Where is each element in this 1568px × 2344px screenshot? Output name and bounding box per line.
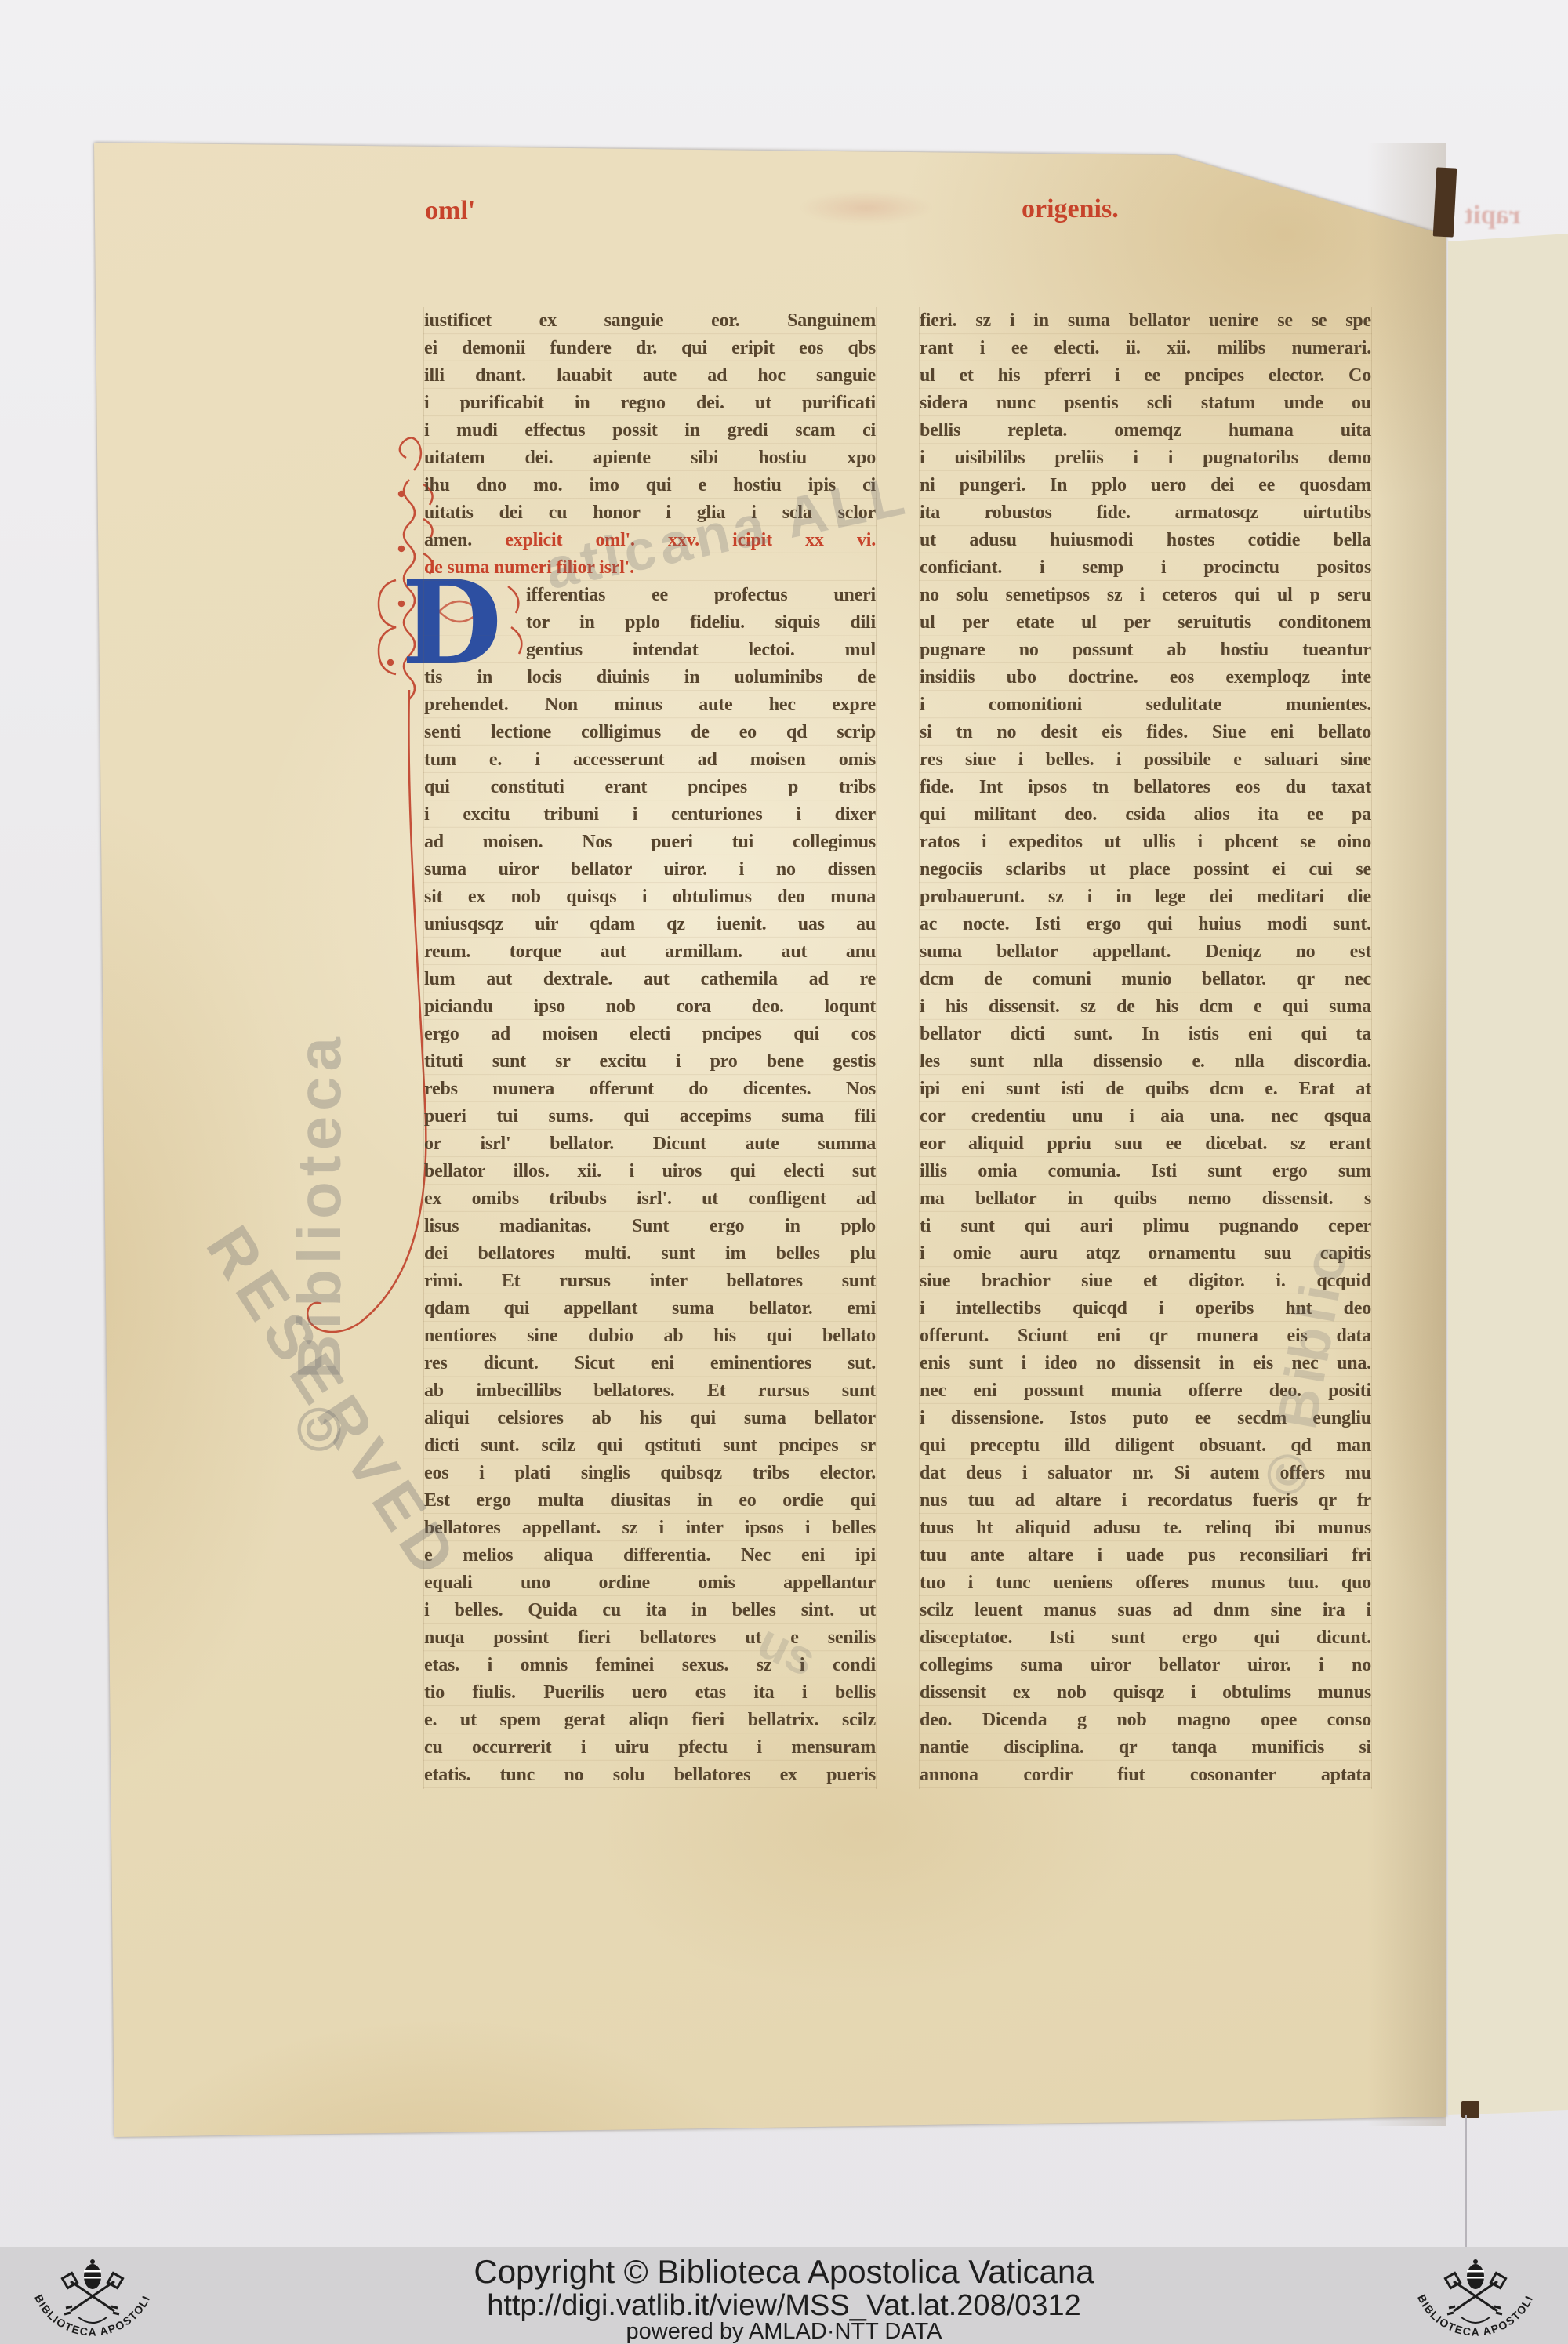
text-line: ul per etate ul per seruitutis conditone…	[920, 609, 1371, 637]
text-line: cu occurrerit i uiru pfectu i mensuram	[424, 1734, 876, 1762]
powered-by-line: powered by AMLAD·NTT DATA	[0, 2319, 1568, 2344]
text-line: dicti sunt. scilz qui qstituti sunt pnci…	[424, 1432, 876, 1460]
text-line: ul et his pferri i ee pncipes elector. C…	[920, 362, 1371, 390]
binding-tab-bottom	[1461, 2101, 1479, 2118]
text-line: or isrl' bellator. Dicunt aute summa	[424, 1130, 876, 1158]
text-line: conficiant. i semp i procinctu positos	[920, 554, 1371, 582]
text-line: ab imbecillibs bellatores. Et rursus sun…	[424, 1377, 876, 1405]
text-line: collegims suma uiror bellator uiror. i n…	[920, 1652, 1371, 1679]
text-line: ita robustos fide. armatosqz uirtutibs	[920, 499, 1371, 527]
text-line: i excitu tribuni i centuriones i dixer	[424, 801, 876, 829]
text-line: dei bellatores multi. sunt im belles plu	[424, 1240, 876, 1268]
text-line: nantie disciplina. qr tanqa munificis si	[920, 1734, 1371, 1762]
text-line: negociis sclaribs ut place possint ei cu…	[920, 856, 1371, 884]
text-line: bellator illos. xii. i uiros qui electi …	[424, 1158, 876, 1185]
text-line: si tn no desit eis fides. Siue eni bella…	[920, 719, 1371, 746]
text-line: e. ut spem gerat aliqn fieri bellatrix. …	[424, 1707, 876, 1734]
binding-tab-top	[1433, 167, 1457, 237]
text-line: dcm de comuni munio bellator. qr nec	[920, 966, 1371, 993]
text-line: tuus ht aliquid adusu te. relinq ibi mun…	[920, 1515, 1371, 1542]
text-line: insidiis ubo doctrine. eos exemploqz int…	[920, 664, 1371, 691]
text-line: eos i plati singlis quibsqz tribs electo…	[424, 1460, 876, 1487]
text-line: bellator dicti sunt. In istis eni qui ta	[920, 1021, 1371, 1048]
text-line: rebs munera offerunt do dicentes. Nos	[424, 1076, 876, 1103]
text-line: pugnare no possunt ab hostiu tueantur	[920, 637, 1371, 664]
text-line: iustificet ex sanguie eor. Sanguinem	[424, 307, 876, 335]
text-line: res dicunt. Sicut eni eminentiores sut.	[424, 1350, 876, 1377]
text-line: qdam qui appellant suma bellator. emi	[424, 1295, 876, 1323]
copyright-line: Copyright © Biblioteca Apostolica Vatica…	[0, 2253, 1568, 2291]
text-line: scilz leuent manus suas ad dnm sine ira …	[920, 1597, 1371, 1624]
text-line: tis in locis diuinis in uoluminibs de	[424, 664, 876, 691]
text-line: etatis. tunc no solu bellatores ex pueri…	[424, 1762, 876, 1789]
text-line: ergo ad moisen electi pncipes qui cos	[424, 1021, 876, 1048]
text-line: ei demonii fundere dr. qui eripit eos qb…	[424, 335, 876, 362]
text-line: i mudi effectus possit in gredi scam ci	[424, 417, 876, 444]
text-line: res siue i belles. i possibile e saluari…	[920, 746, 1371, 774]
text-line: Est ergo multa diusitas in eo ordie qui	[424, 1487, 876, 1515]
text-line: ad moisen. Nos pueri tui collegimus	[424, 829, 876, 856]
text-line: no solu semetipsos sz i ceteros qui ul p…	[920, 582, 1371, 609]
text-line: i belles. Quida cu ita in belles sint. u…	[424, 1597, 876, 1624]
ink-showthrough	[800, 191, 933, 224]
text-line: ex omibs tribubs isrl'. ut confligent ad	[424, 1185, 876, 1213]
text-line: aliqui celsiores ab his qui suma bellato…	[424, 1405, 876, 1432]
gutter-shadow	[1367, 143, 1446, 2126]
text-line: equali uno ordine omis appellantur	[424, 1569, 876, 1597]
text-line: bellatores appellant. sz i inter ipsos i…	[424, 1515, 876, 1542]
text-line: uitatem dei. apiente sibi hostiu xpo	[424, 444, 876, 472]
text-line: rant i ee electi. ii. xii. milibs numera…	[920, 335, 1371, 362]
text-line: tor in pplo fideliu. siquis dili	[424, 609, 876, 637]
text-line: annona cordir fiut cosonanter aptata	[920, 1762, 1371, 1789]
text-line: ma bellator in quibs nemo dissensit. s	[920, 1185, 1371, 1213]
text-line: ifferentias ee profectus uneri	[424, 582, 876, 609]
text-line: i his dissensit. sz de his dcm e qui sum…	[920, 993, 1371, 1021]
text-line: e melios aliqua differentia. Nec eni ipi	[424, 1542, 876, 1569]
showthrough-text: rapit	[1465, 201, 1521, 230]
text-line: piciandu ipso nob cora deo. loqunt	[424, 993, 876, 1021]
text-line: nentiores sine dubio ab his qui bellato	[424, 1323, 876, 1350]
text-line: suma bellator appellant. Deniqz no est	[920, 938, 1371, 966]
text-line: disceptatoe. Isti sunt ergo qui dicunt.	[920, 1624, 1371, 1652]
text-line: suma uiror bellator uiror. i no dissen	[424, 856, 876, 884]
text-line: eor aliquid ppriu suu ee dicebat. sz era…	[920, 1130, 1371, 1158]
text-line: ac nocte. Isti ergo qui huius modi sunt.	[920, 911, 1371, 938]
running-title-left: oml'	[425, 196, 475, 226]
text-line: ni pungeri. In pplo uero dei ee quosdam	[920, 472, 1371, 499]
text-line: lum aut dextrale. aut cathemila ad re	[424, 966, 876, 993]
text-line: reum. torque aut armillam. aut anu	[424, 938, 876, 966]
text-line: tuo i tunc ueniens offeres munus tuu. qu…	[920, 1569, 1371, 1597]
text-line: illis omia comunia. Isti sunt ergo sum	[920, 1158, 1371, 1185]
vatican-library-logo: BIBLIOTECA APOSTOLICA VATICANA	[24, 2256, 162, 2342]
text-line: deo. Dicenda g nob magno opee conso	[920, 1707, 1371, 1734]
page-crease-line	[1465, 2115, 1467, 2248]
text-line: qui constituti erant pncipes p tribs	[424, 774, 876, 801]
text-line: i purificabit in regno dei. ut purificat…	[424, 390, 876, 417]
text-line: tuu ante altare i uade pus reconsiliari …	[920, 1542, 1371, 1569]
text-line: ut adusu huiusmodi hostes cotidie bella	[920, 527, 1371, 554]
text-line: i uisibilibs preliis i i pugnatoribs dem…	[920, 444, 1371, 472]
text-line: senti lectione colligimus de eo qd scrip	[424, 719, 876, 746]
text-line: sit ex nob quisqs i obtulimus deo muna	[424, 884, 876, 911]
text-line: fide. Int ipsos tn bellatores eos du tax…	[920, 774, 1371, 801]
text-line: fieri. sz i in suma bellator uenire se s…	[920, 307, 1371, 335]
vatican-library-logo: BIBLIOTECA APOSTOLICA VATICANA	[1406, 2256, 1544, 2342]
text-line: les sunt nlla dissensio e. nlla discordi…	[920, 1048, 1371, 1076]
text-line: i comonitioni sedulitate munientes.	[920, 691, 1371, 719]
text-line: illi dnant. lauabit aute ad hoc sanguie	[424, 362, 876, 390]
text-line: qui militant deo. csida alios ita ee pa	[920, 801, 1371, 829]
text-line: ipi eni sunt isti de quibs dcm e. Erat a…	[920, 1076, 1371, 1103]
source-url: http://digi.vatlib.it/view/MSS_Vat.lat.2…	[0, 2289, 1568, 2323]
scanned-page-viewer: { "header": { "left": "oml'", "center": …	[0, 0, 1568, 2344]
text-line: uniusqsqz uir qdam qz iuenit. uas au	[424, 911, 876, 938]
text-line: tum e. i accesserunt ad moisen omis	[424, 746, 876, 774]
text-line: rimi. Et rursus inter bellatores sunt	[424, 1268, 876, 1295]
text-line: gentius intendat lectoi. mul	[424, 637, 876, 664]
text-line: dissensit ex nob quisqz i obtulims munus	[920, 1679, 1371, 1707]
text-line: tituti sunt sr excitu i pro bene gestis	[424, 1048, 876, 1076]
text-line: lisus madianitas. Sunt ergo in pplo	[424, 1213, 876, 1240]
text-line: pueri tui sums. qui accepims suma fili	[424, 1103, 876, 1130]
text-line: sidera nunc psentis scli statum unde ou	[920, 390, 1371, 417]
text-line: ratos i expeditos ut ullis i phcent se o…	[920, 829, 1371, 856]
text-line: cor credentiu unu i aia una. nec qsqua	[920, 1103, 1371, 1130]
text-line: bellis repleta. omemqz humana uita	[920, 417, 1371, 444]
running-title-center: origenis.	[1022, 194, 1119, 224]
text-column-right: fieri. sz i in suma bellator uenire se s…	[919, 307, 1372, 1789]
text-line: tio fiulis. Puerilis uero etas ita i bel…	[424, 1679, 876, 1707]
text-line: prehendet. Non minus aute hec expre	[424, 691, 876, 719]
text-line: probauerunt. sz i in lege dei meditari d…	[920, 884, 1371, 911]
